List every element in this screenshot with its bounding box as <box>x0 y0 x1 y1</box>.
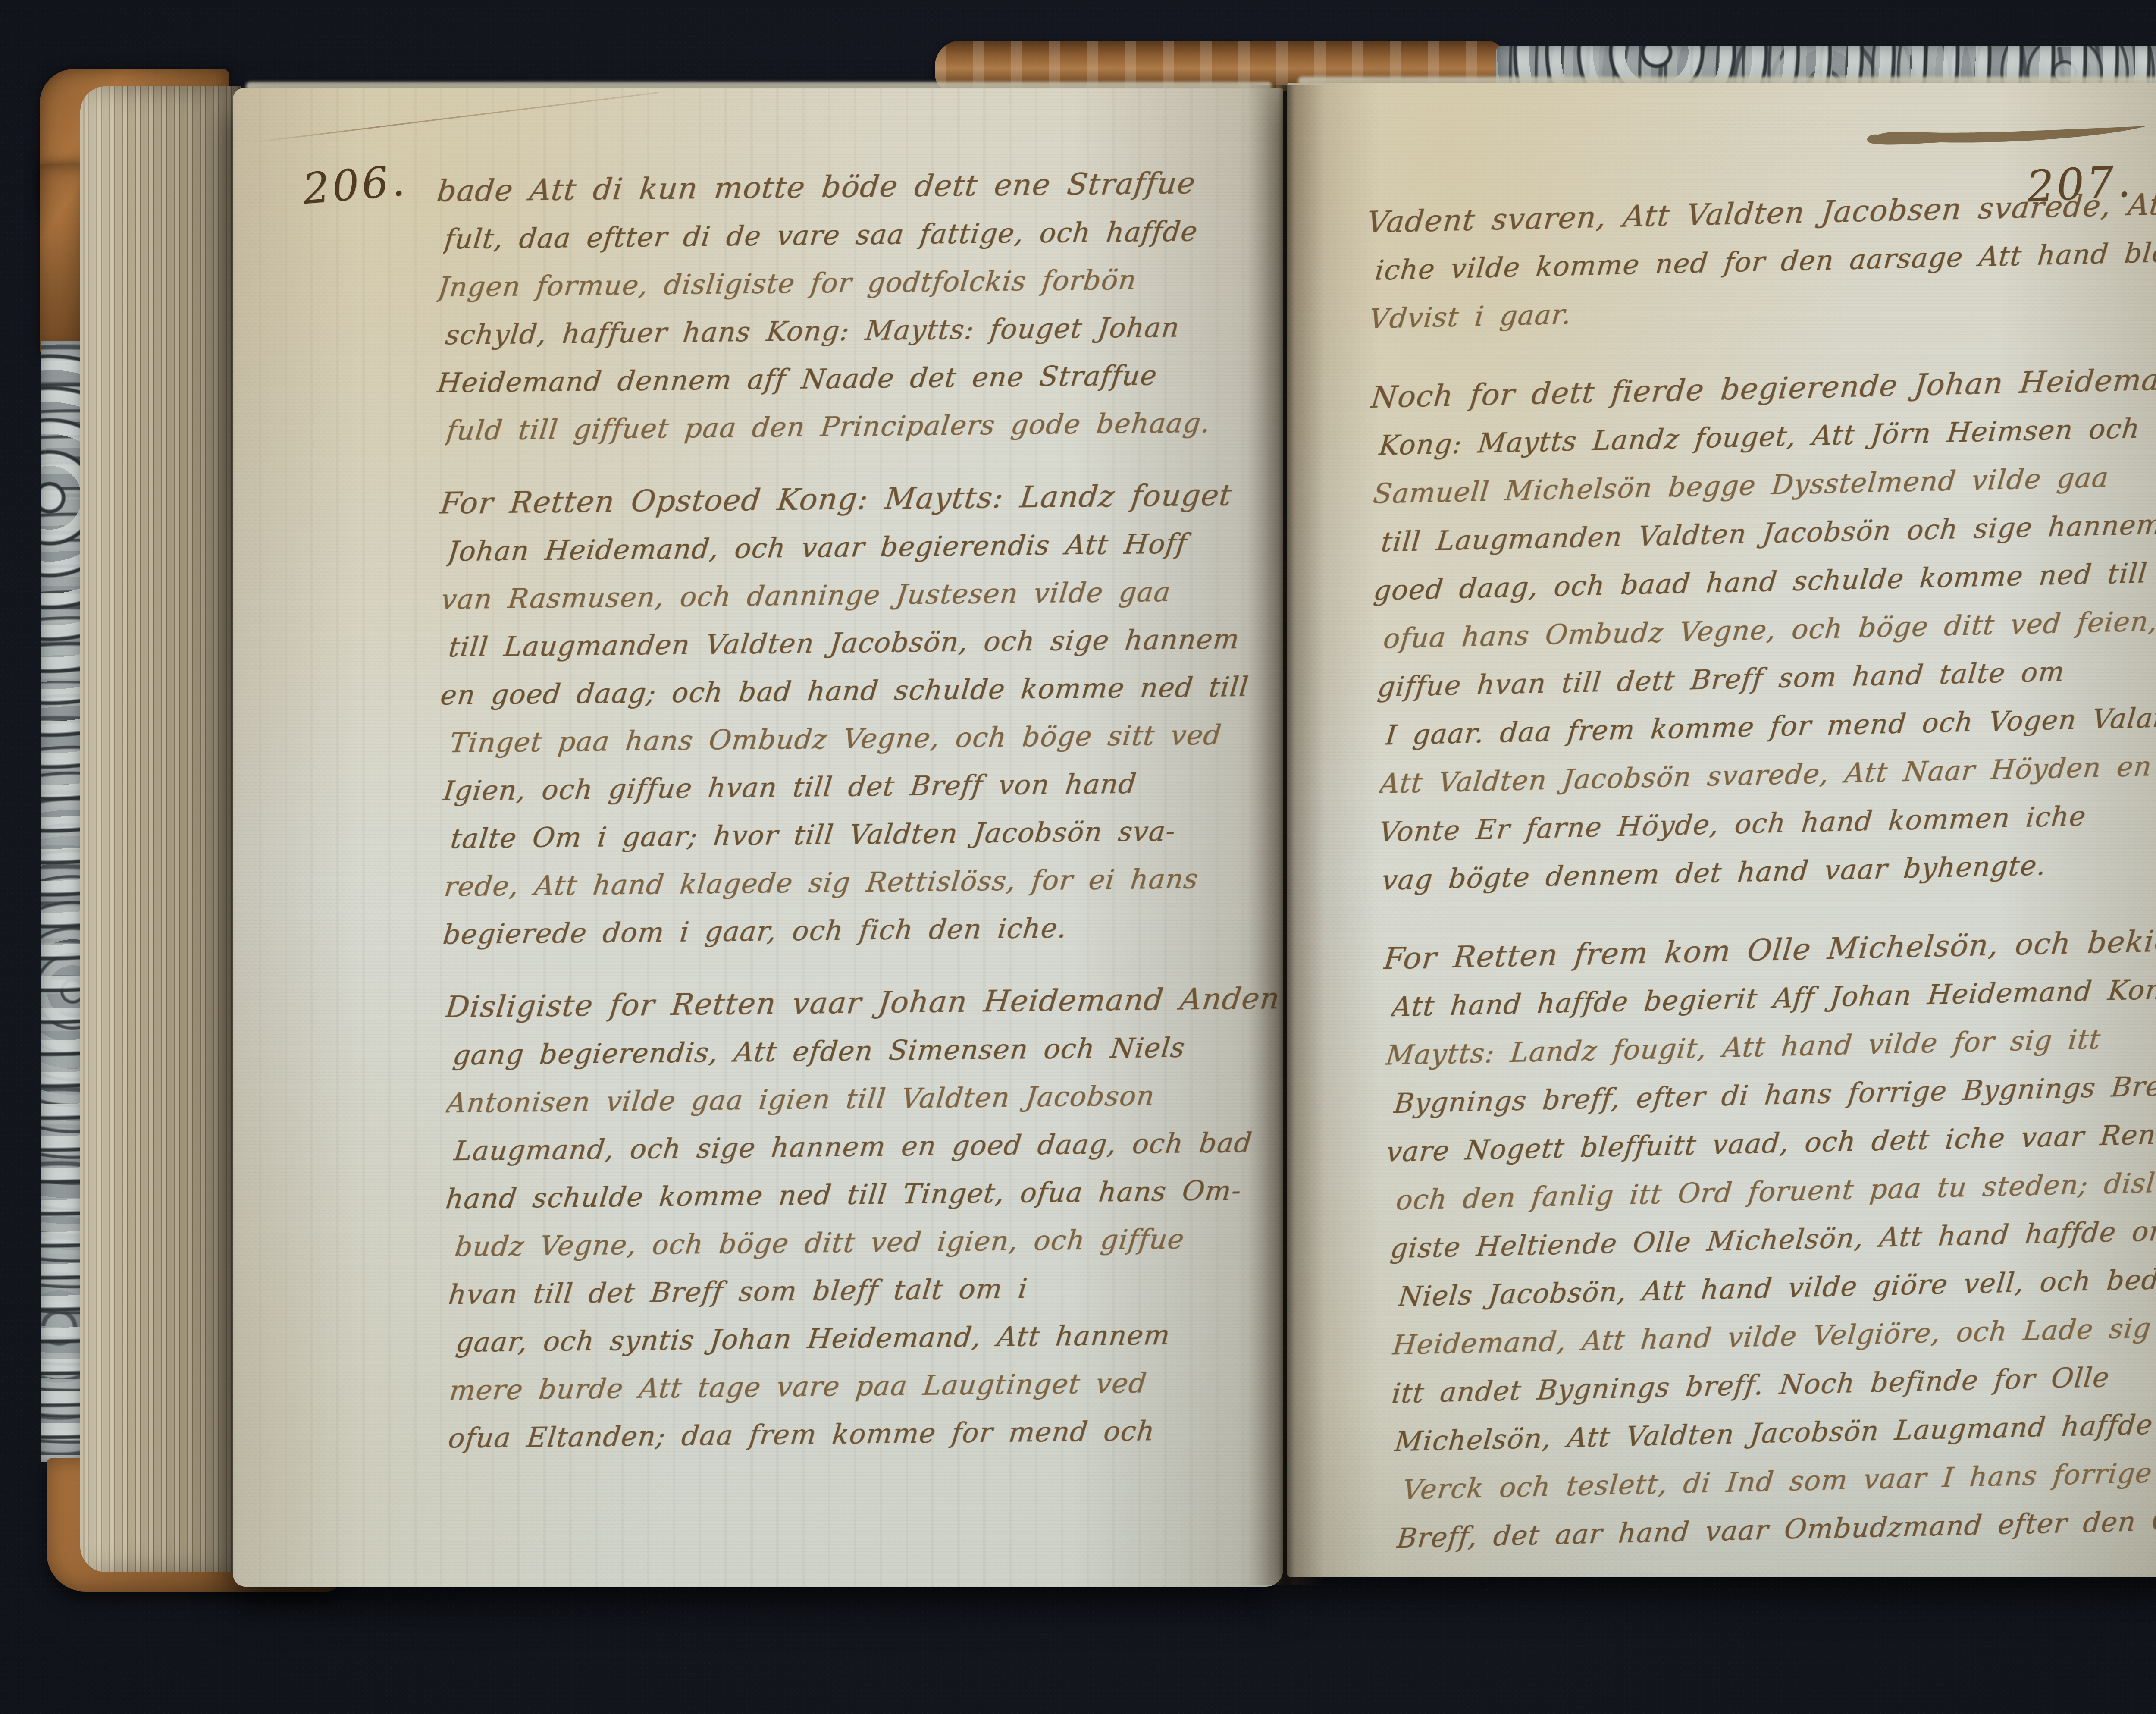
page-number-206: 206. <box>301 156 409 214</box>
handwritten-line: ofua Eltanden; daa frem komme for mend o… <box>446 1406 1287 1462</box>
handwritten-line: fuld till giffuet paa den Principalers g… <box>444 398 1276 455</box>
ink-scratch-mark <box>248 92 659 144</box>
handwritten-line: Laugmand, och sige hannem en goed daag, … <box>451 1118 1284 1175</box>
photographed-manuscript-book: 206. bade Att di kun motte böde dett ene… <box>0 0 2156 1714</box>
handwritten-line: Disligiste for Retten vaar Johan Heidema… <box>443 975 1282 1031</box>
handwritten-line: Jngen formue, disligiste for godtfolckis… <box>436 254 1275 311</box>
ink-flourish-stroke <box>1863 117 2156 157</box>
handwritten-line: Igien, och giffue hvan till det Breff vo… <box>441 758 1280 815</box>
marbled-cover-strip-left <box>41 341 82 1462</box>
handwritten-line: till Laugmanden Valdten Jacobsön, och si… <box>446 615 1279 671</box>
handwritten-line: Tinget paa hans Ombudz Vegne, och böge s… <box>447 710 1280 767</box>
handwritten-line: schyld, haffuer hans Kong: Maytts: fouge… <box>443 302 1275 359</box>
handwritten-text-block-right: Vadent svaren, Att Valdten Jacobsen svar… <box>1363 180 2156 1563</box>
handwritten-line: rede, Att hand klagede sig Rettislöss, f… <box>442 854 1281 910</box>
handwritten-line: en goed daag; och bad hand schulde komme… <box>438 662 1279 719</box>
handwritten-paragraph: For Retten Opstoed Kong: Maytts: Landz f… <box>437 471 1277 958</box>
handwritten-line: mere burde Att tage vare paa Laugtinget … <box>447 1358 1287 1414</box>
handwritten-paragraph: Vadent svaren, Att Valdten Jacobsen svar… <box>1363 180 2156 343</box>
handwritten-line: Johan Heidemand, och vaar begierendis At… <box>445 519 1278 575</box>
handwritten-paragraph: Noch for dett fierde begierende Johan He… <box>1368 355 2156 905</box>
handwritten-line: gang begierendis, Att efden Simensen och… <box>450 1023 1283 1079</box>
handwritten-line: bade Att di kun motte böde dett ene Stra… <box>434 159 1274 215</box>
handwritten-line: budz Vegne, och böge ditt ved igien, och… <box>452 1214 1285 1271</box>
handwritten-line: gaar, och syntis Johan Heidemand, Att ha… <box>453 1310 1286 1366</box>
handwritten-line: Heidemand dennem aff Naade det ene Straf… <box>435 350 1276 407</box>
handwritten-paragraph: Disligiste for Retten vaar Johan Heidema… <box>442 975 1282 1462</box>
handwritten-line: hand schulde komme ned till Tinget, ofua… <box>443 1166 1285 1223</box>
handwritten-line: hvan till det Breff som bleff talt om i <box>446 1262 1285 1318</box>
handwritten-line: talte Om i gaar; hvor till Valdten Jacob… <box>448 806 1281 863</box>
handwritten-paragraph: For Retten frem kom Olle Michelsön, och … <box>1380 916 2156 1563</box>
handwritten-text-block-left: bade Att di kun motte böde dett ene Stra… <box>434 159 1282 1462</box>
handwritten-line: begierede dom i gaar, och fich den iche. <box>441 902 1282 958</box>
leather-cover-strip-left <box>40 164 86 354</box>
handwritten-line: van Rasmusen, och danninge Justesen vild… <box>439 567 1278 623</box>
page-edge-stack-left <box>80 86 241 1572</box>
handwritten-line: For Retten Opstoed Kong: Maytts: Landz f… <box>438 471 1277 527</box>
handwritten-line: Antonisen vilde gaa igien till Valdten J… <box>444 1070 1284 1127</box>
handwritten-paragraph: bade Att di kun motte böde dett ene Stra… <box>434 159 1271 455</box>
handwritten-line: fult, daa eftter di de vare saa fattige,… <box>442 207 1275 263</box>
